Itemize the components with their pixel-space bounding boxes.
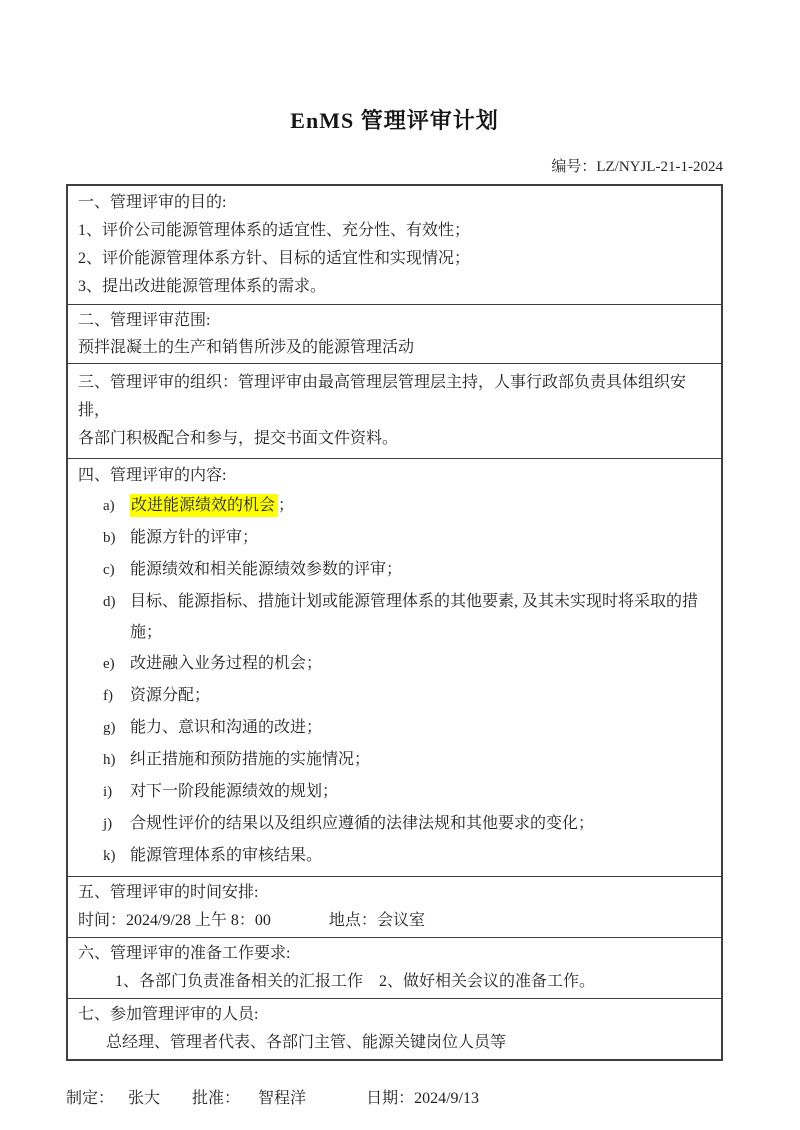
review-item-label: k) (103, 841, 130, 872)
section-participants-heading: 七、参加管理评审的人员: (78, 1001, 711, 1029)
organization-line-1: 三、管理评审的组织：管理评审由最高管理层管理层主持，人事行政部负责具体组织安排， (78, 369, 711, 425)
review-item-text: 目标、能源指标、措施计划或能源管理体系的其他要素, 及其未实现时将采取的措施； (130, 586, 711, 648)
document-page: EnMS 管理评审计划 编号：LZ/NYJL-21-1-2024 一、管理评审的… (0, 0, 800, 1130)
review-item: i)对下一阶段能源绩效的规划； (78, 776, 711, 808)
doc-number-label: 编号： (551, 159, 596, 175)
review-item: e)改进融入业务过程的机会； (78, 648, 711, 680)
section-scope: 二、管理评审范围: 预拌混凝土的生产和销售所涉及的能源管理活动 (68, 304, 721, 363)
section-content-heading: 四、管理评审的内容: (78, 462, 711, 490)
review-item-label: b) (103, 523, 130, 554)
review-item: b)能源方针的评审； (78, 522, 711, 554)
review-item-text: 能力、意识和沟通的改进； (130, 712, 711, 743)
highlighted-text: 改进能源绩效的机会 (130, 494, 278, 517)
review-item-text: 改进融入业务过程的机会； (130, 648, 711, 679)
review-item-text: 改进能源绩效的机会； (130, 490, 711, 521)
section-preparation-heading: 六、管理评审的准备工作要求: (78, 940, 711, 968)
time-label: 时间： (78, 912, 126, 929)
preparation-line: 1、各部门负责准备相关的汇报工作 2、做好相关会议的准备工作。 (78, 968, 711, 996)
date-label: 日期： (366, 1090, 414, 1107)
review-item: k)能源管理体系的审核结果。 (78, 840, 711, 872)
review-item-text: 对下一阶段能源绩效的规划； (130, 776, 711, 807)
purpose-line-1: 1、评价公司能源管理体系的适宜性、充分性、有效性； (78, 217, 711, 245)
review-item-text: 能源绩效和相关能源绩效参数的评审； (130, 554, 711, 585)
approved-label: 批准： (192, 1090, 240, 1107)
prepared-by: 张大 (128, 1090, 160, 1107)
section-preparation: 六、管理评审的准备工作要求: 1、各部门负责准备相关的汇报工作 2、做好相关会议… (68, 937, 721, 998)
section-schedule-heading: 五、管理评审的时间安排: (78, 879, 711, 907)
review-item-label: f) (103, 681, 130, 712)
organization-line-2: 各部门积极配合和参与，提交书面文件资料。 (78, 425, 711, 453)
place-value: 会议室 (377, 912, 425, 929)
section-schedule: 五、管理评审的时间安排: 时间：2024/9/28 上午 8：00地点：会议室 (68, 876, 721, 937)
review-items: a)改进能源绩效的机会；b)能源方针的评审；c)能源绩效和相关能源绩效参数的评审… (78, 490, 711, 872)
doc-number-value: LZ/NYJL-21-1-2024 (596, 159, 723, 175)
review-item-text: 合规性评价的结果以及组织应遵循的法律法规和其他要求的变化； (130, 808, 711, 839)
participants-line: 总经理、管理者代表、各部门主管、能源关键岗位人员等 (78, 1029, 711, 1057)
scope-line: 预拌混凝土的生产和销售所涉及的能源管理活动 (78, 335, 711, 361)
review-item-label: e) (103, 649, 130, 680)
review-item: d)目标、能源指标、措施计划或能源管理体系的其他要素, 及其未实现时将采取的措施… (78, 586, 711, 648)
date-value: 2024/9/13 (414, 1090, 479, 1107)
purpose-line-2: 2、评价能源管理体系方针、目标的适宜性和实现情况； (78, 245, 711, 273)
review-item-label: i) (103, 777, 130, 808)
review-item: a)改进能源绩效的机会； (78, 490, 711, 522)
approved-by: 智程洋 (258, 1090, 306, 1107)
review-item-text: 能源方针的评审； (130, 522, 711, 553)
review-item: h)纠正措施和预防措施的实施情况； (78, 744, 711, 776)
review-item: g)能力、意识和沟通的改进； (78, 712, 711, 744)
time-value: 2024/9/28 上午 8：00 (126, 912, 271, 929)
document-title: EnMS 管理评审计划 (66, 104, 723, 135)
review-item-text: 资源分配； (130, 680, 711, 711)
schedule-line: 时间：2024/9/28 上午 8：00地点：会议室 (78, 907, 711, 935)
place-label: 地点： (329, 912, 377, 929)
doc-number: 编号：LZ/NYJL-21-1-2024 (66, 155, 723, 176)
review-item-label: d) (103, 587, 130, 618)
review-item: f)资源分配； (78, 680, 711, 712)
section-organization: 三、管理评审的组织：管理评审由最高管理层管理层主持，人事行政部负责具体组织安排，… (68, 363, 721, 458)
review-table: 一、管理评审的目的: 1、评价公司能源管理体系的适宜性、充分性、有效性； 2、评… (66, 184, 723, 1061)
review-item-text: 能源管理体系的审核结果。 (130, 840, 711, 871)
section-content: 四、管理评审的内容: a)改进能源绩效的机会；b)能源方针的评审；c)能源绩效和… (68, 458, 721, 876)
review-item-label: h) (103, 745, 130, 776)
section-purpose-heading: 一、管理评审的目的: (78, 189, 711, 217)
review-item-label: a) (103, 491, 130, 522)
section-scope-heading: 二、管理评审范围: (78, 307, 711, 335)
review-item-label: g) (103, 713, 130, 744)
review-item-text: 纠正措施和预防措施的实施情况； (130, 744, 711, 775)
review-item: c)能源绩效和相关能源绩效参数的评审； (78, 554, 711, 586)
section-participants: 七、参加管理评审的人员: 总经理、管理者代表、各部门主管、能源关键岗位人员等 (68, 998, 721, 1059)
purpose-line-3: 3、提出改进能源管理体系的需求。 (78, 273, 711, 301)
review-item-label: c) (103, 555, 130, 586)
review-item-label: j) (103, 809, 130, 840)
footer-signatures: 制定：张大批准：智程洋日期：2024/9/13 (66, 1087, 723, 1111)
review-item: j)合规性评价的结果以及组织应遵循的法律法规和其他要求的变化； (78, 808, 711, 840)
prepared-label: 制定： (66, 1090, 114, 1107)
section-purpose: 一、管理评审的目的: 1、评价公司能源管理体系的适宜性、充分性、有效性； 2、评… (68, 186, 721, 304)
